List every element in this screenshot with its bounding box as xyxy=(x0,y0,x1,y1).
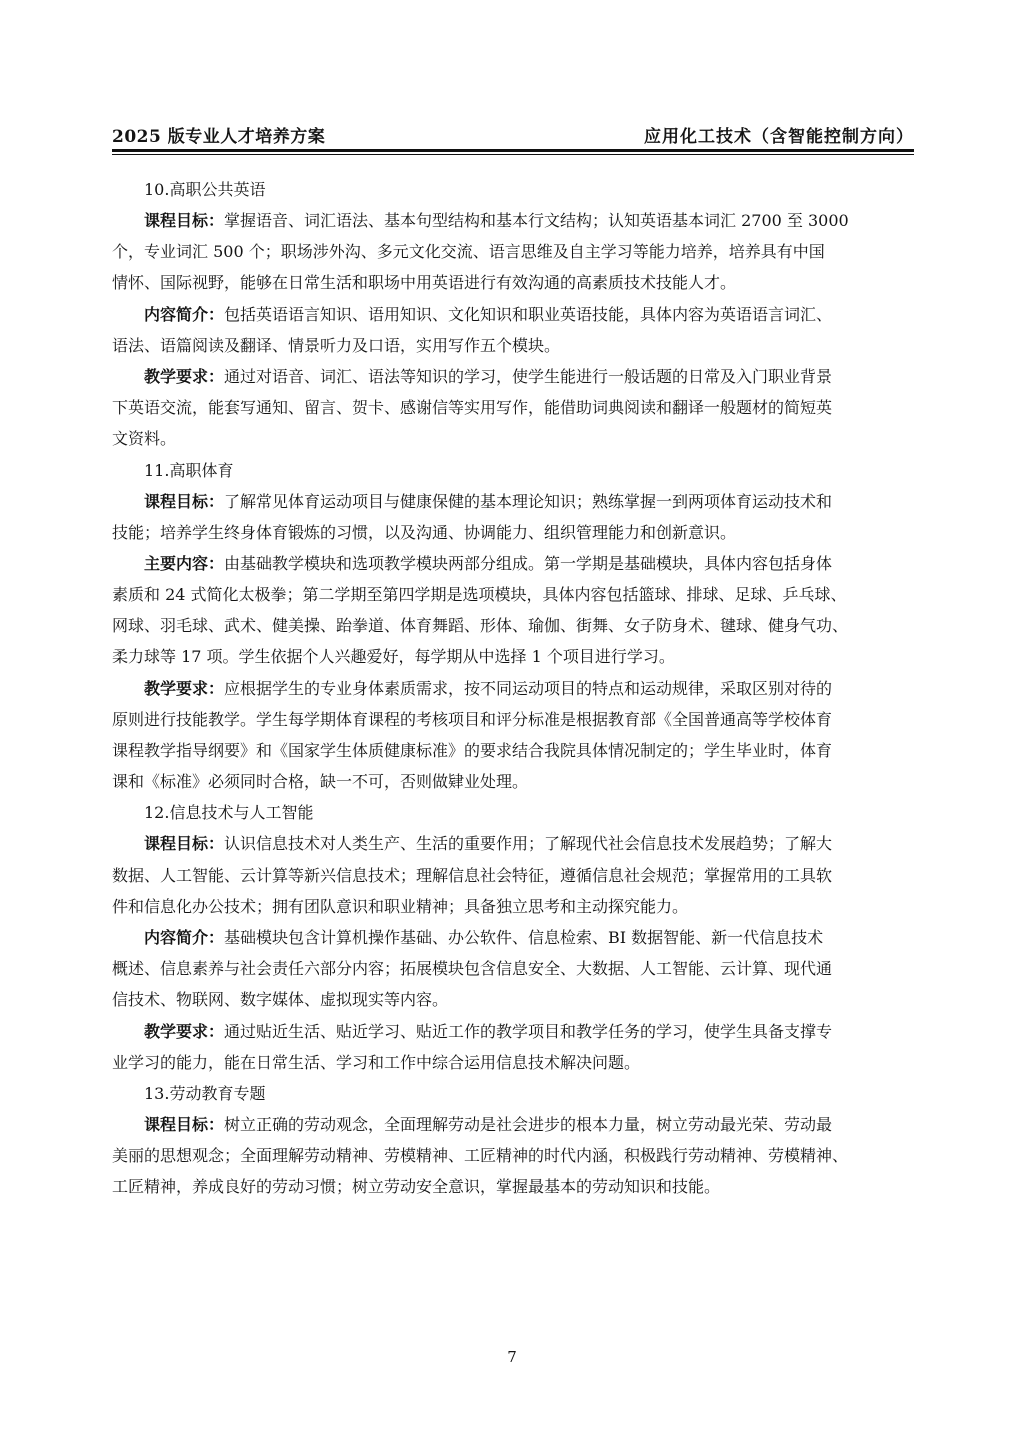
paragraph-text: 情怀、国际视野，能够在日常生活和职场中用英语进行有效沟通的高素质技术技能人才。 xyxy=(112,267,914,298)
paragraph-text: 件和信息化办公技术；拥有团队意识和职业精神；具备独立思考和主动探究能力。 xyxy=(112,891,914,922)
paragraph-course-objective: 课程目标：掌握语音、词汇语法、基本句型结构和基本行文结构；认知英语基本词汇 27… xyxy=(112,205,914,299)
header-rule-thin xyxy=(112,154,914,155)
paragraph-label: 内容简介： xyxy=(144,305,224,324)
paragraph-text: 素质和 24 式简化太极拳；第二学期至第四学期是选项模块，具体内容包括篮球、排球… xyxy=(112,579,914,610)
paragraph-text: 由基础教学模块和选项教学模块两部分组成。第一学期是基础模块，具体内容包括身体 xyxy=(224,554,832,573)
section-pe: 11.高职体育 课程目标：了解常见体育运动项目与健康保健的基本理论知识；熟练掌握… xyxy=(112,455,914,798)
paragraph-teaching-requirements: 教学要求：应根据学生的专业身体素质需求，按不同运动项目的特点和运动规律，采取区别… xyxy=(112,673,914,798)
paragraph-label: 教学要求： xyxy=(144,367,224,386)
document-body: 10.高职公共英语 课程目标：掌握语音、词汇语法、基本句型结构和基本行文结构；认… xyxy=(112,174,914,1202)
header-bar: 2025 版专业人才培养方案 应用化工技术（含智能控制方向） xyxy=(112,122,914,144)
paragraph-label: 教学要求： xyxy=(144,679,224,698)
section-title: 10.高职公共英语 xyxy=(112,174,914,205)
paragraph-teaching-requirements: 教学要求：通过对语音、词汇、语法等知识的学习，使学生能进行一般话题的日常及入门职… xyxy=(112,361,914,455)
paragraph-label: 主要内容： xyxy=(144,554,224,573)
paragraph-label: 内容简介： xyxy=(144,928,224,947)
paragraph-course-objective: 课程目标：树立正确的劳动观念，全面理解劳动是社会进步的根本力量，树立劳动最光荣、… xyxy=(112,1109,914,1203)
paragraph-text: 掌握语音、词汇语法、基本句型结构和基本行文结构；认知英语基本词汇 2700 至 … xyxy=(224,211,849,230)
paragraph-text: 了解常见体育运动项目与健康保健的基本理论知识；熟练掌握一到两项体育运动技术和 xyxy=(224,492,832,511)
paragraph-text: 网球、羽毛球、武术、健美操、跆拳道、体育舞蹈、形体、瑜伽、街舞、女子防身术、毽球… xyxy=(112,610,914,641)
paragraph-text: 通过对语音、词汇、语法等知识的学习，使学生能进行一般话题的日常及入门职业背景 xyxy=(224,367,832,386)
section-english: 10.高职公共英语 课程目标：掌握语音、词汇语法、基本句型结构和基本行文结构；认… xyxy=(112,174,914,455)
paragraph-text: 技能；培养学生终身体育锻炼的习惯，以及沟通、协调能力、组织管理能力和创新意识。 xyxy=(112,517,914,548)
paragraph-teaching-requirements: 教学要求：通过贴近生活、贴近学习、贴近工作的教学项目和教学任务的学习，使学生具备… xyxy=(112,1016,914,1078)
header-program-title: 2025 版专业人才培养方案 xyxy=(112,122,325,147)
paragraph-label: 课程目标： xyxy=(144,1115,224,1134)
header-major-title: 应用化工技术（含智能控制方向） xyxy=(644,122,914,147)
paragraph-course-objective: 课程目标：了解常见体育运动项目与健康保健的基本理论知识；熟练掌握一到两项体育运动… xyxy=(112,486,914,548)
paragraph-text: 数据、人工智能、云计算等新兴信息技术；理解信息社会特征，遵循信息社会规范；掌握常… xyxy=(112,860,914,891)
paragraph-label: 课程目标： xyxy=(144,211,224,230)
paragraph-course-objective: 课程目标：认识信息技术对人类生产、生活的重要作用；了解现代社会信息技术发展趋势；… xyxy=(112,828,914,922)
paragraph-text: 基础模块包含计算机操作基础、办公软件、信息检索、BI 数据智能、新一代信息技术 xyxy=(224,928,823,947)
section-it-ai: 12.信息技术与人工智能 课程目标：认识信息技术对人类生产、生活的重要作用；了解… xyxy=(112,797,914,1078)
page-number: 7 xyxy=(0,1348,1024,1366)
paragraph-text: 美丽的思想观念；全面理解劳动精神、劳模精神、工匠精神的时代内涵，积极践行劳动精神… xyxy=(112,1140,914,1171)
paragraph-main-content: 主要内容：由基础教学模块和选项教学模块两部分组成。第一学期是基础模块，具体内容包… xyxy=(112,548,914,673)
paragraph-text: 概述、信息素养与社会责任六部分内容；拓展模块包含信息安全、大数据、人工智能、云计… xyxy=(112,953,914,984)
header-rule-thick xyxy=(112,149,914,152)
section-labor-education: 13.劳动教育专题 课程目标：树立正确的劳动观念，全面理解劳动是社会进步的根本力… xyxy=(112,1078,914,1203)
paragraph-text: 柔力球等 17 项。学生依据个人兴趣爱好，每学期从中选择 1 个项目进行学习。 xyxy=(112,641,914,672)
paragraph-text: 工匠精神，养成良好的劳动习惯；树立劳动安全意识，掌握最基本的劳动知识和技能。 xyxy=(112,1171,914,1202)
section-title: 12.信息技术与人工智能 xyxy=(112,797,914,828)
paragraph-text: 课和《标准》必须同时合格，缺一不可，否则做肄业处理。 xyxy=(112,766,914,797)
paragraph-label: 课程目标： xyxy=(144,492,224,511)
paragraph-text: 业学习的能力，能在日常生活、学习和工作中综合运用信息技术解决问题。 xyxy=(112,1047,914,1078)
paragraph-text: 原则进行技能教学。学生每学期体育课程的考核项目和评分标准是根据教育部《全国普通高… xyxy=(112,704,914,735)
paragraph-label: 教学要求： xyxy=(144,1022,224,1041)
paragraph-text: 下英语交流，能套写通知、留言、贺卡、感谢信等实用写作，能借助词典阅读和翻译一般题… xyxy=(112,392,914,423)
paragraph-text: 课程教学指导纲要》和《国家学生体质健康标准》的要求结合我院具体情况制定的；学生毕… xyxy=(112,735,914,766)
paragraph-text: 包括英语语言知识、语用知识、文化知识和职业英语技能，具体内容为英语语言词汇、 xyxy=(224,305,832,324)
paragraph-label: 课程目标： xyxy=(144,834,224,853)
paragraph-text: 语法、语篇阅读及翻译、情景听力及口语，实用写作五个模块。 xyxy=(112,330,914,361)
paragraph-content-intro: 内容简介：包括英语语言知识、语用知识、文化知识和职业英语技能，具体内容为英语语言… xyxy=(112,299,914,361)
section-title: 11.高职体育 xyxy=(112,455,914,486)
paragraph-text: 信技术、物联网、数字媒体、虚拟现实等内容。 xyxy=(112,984,914,1015)
paragraph-text: 认识信息技术对人类生产、生活的重要作用；了解现代社会信息技术发展趋势；了解大 xyxy=(224,834,832,853)
paragraph-text: 应根据学生的专业身体素质需求，按不同运动项目的特点和运动规律，采取区别对待的 xyxy=(224,679,832,698)
paragraph-text: 树立正确的劳动观念，全面理解劳动是社会进步的根本力量，树立劳动最光荣、劳动最 xyxy=(224,1115,832,1134)
section-title: 13.劳动教育专题 xyxy=(112,1078,914,1109)
paragraph-content-intro: 内容简介：基础模块包含计算机操作基础、办公软件、信息检索、BI 数据智能、新一代… xyxy=(112,922,914,1016)
paragraph-text: 个，专业词汇 500 个；职场涉外沟、多元文化交流、语言思维及自主学习等能力培养… xyxy=(112,236,914,267)
paragraph-text: 通过贴近生活、贴近学习、贴近工作的教学项目和教学任务的学习，使学生具备支撑专 xyxy=(224,1022,832,1041)
paragraph-text: 文资料。 xyxy=(112,423,914,454)
